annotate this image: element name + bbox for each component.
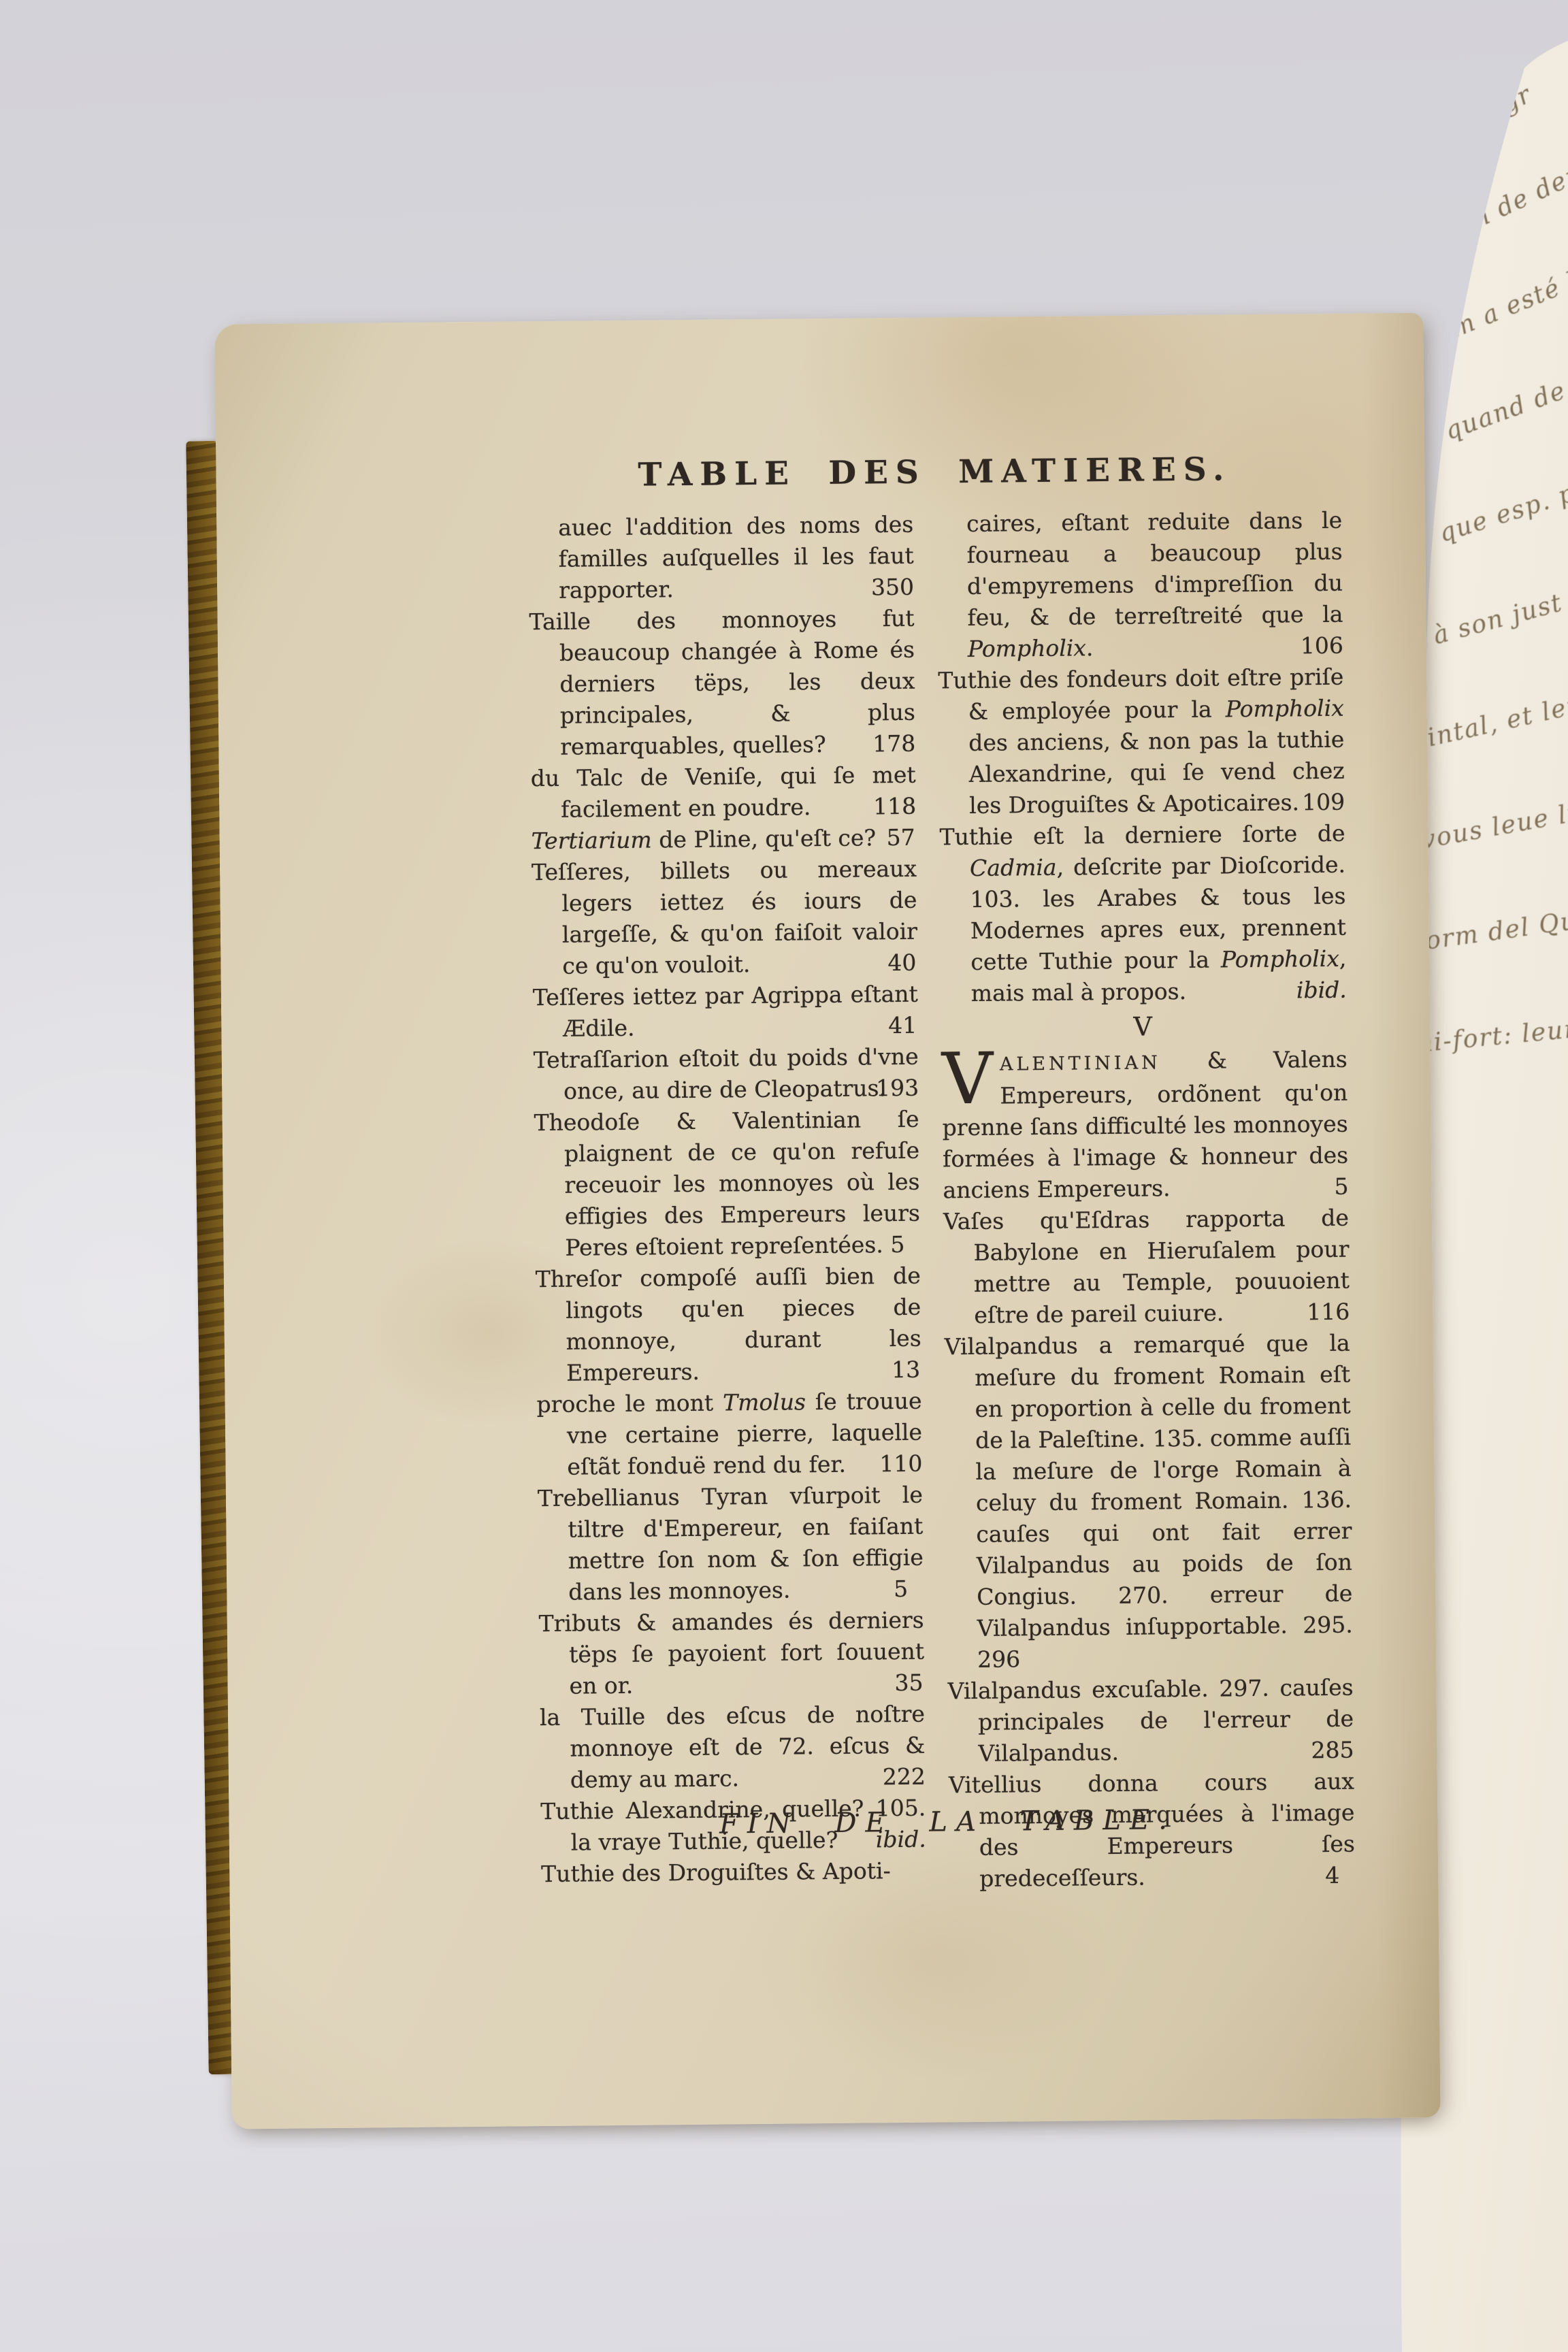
toc-entry: Tuthie des Droguiſtes & Apoti- [541, 1855, 926, 1890]
toc-entry: Vilalpandus excuſable. 297. cauſes princ… [947, 1672, 1354, 1770]
entry-page-number: 5 [911, 1229, 920, 1260]
toc-entry: la Tuille des eſcus de noſtre monnoye eſ… [540, 1699, 926, 1796]
toc-columns: auec l'addition des noms des familles au… [528, 505, 1355, 1899]
toc-entry: Trebellianus Tyran vſurpoit le tiltre d'… [538, 1480, 924, 1608]
toc-entry: Tetraſſarion eſtoit du poids d'vne once,… [533, 1041, 919, 1107]
toc-entry: auec l'addition des noms des familles au… [528, 509, 914, 606]
entry-page-number: 40 [908, 947, 917, 979]
handwriting-line: intal, et leue ap [1425, 678, 1568, 753]
handwriting-line: un de depart esp [1452, 119, 1568, 241]
section-letter: V [941, 1006, 1347, 1048]
book-page: TABLE DES MATIERES. auec l'addition des … [214, 313, 1440, 2129]
entry-page-number: 13 [912, 1354, 921, 1386]
entry-page-number: 116 [1327, 1296, 1350, 1328]
handwriting-line: mi-fort: leur [1408, 1015, 1568, 1059]
entry-page-number: 350 [862, 572, 914, 604]
toc-entry: proche le mont Tmolus ſe trouue vne cert… [536, 1386, 922, 1483]
toc-entry: Tuthie eſt la derniere ſorte de Cadmia, … [939, 818, 1347, 1010]
toc-column-left: auec l'addition des noms des familles au… [528, 509, 927, 1899]
entry-page-number: 5 [1324, 1171, 1348, 1203]
entry-page-number: 193 [896, 1073, 919, 1104]
toc-entry: Tuthie des fondeurs doit eſtre priſe & e… [938, 661, 1345, 822]
entry-page-number: 57 [906, 822, 916, 853]
toc-entry: Tertiarium de Pline, qu'eſt ce?57 [531, 822, 916, 857]
toc-entry: Teſſeres iettez par Agrippa eſtant Ædile… [533, 979, 919, 1045]
printed-text-block: TABLE DES MATIERES. auec l'addition des … [527, 450, 1355, 1899]
entry-page-number: 222 [903, 1761, 926, 1793]
entry-page-number: 5 [914, 1573, 924, 1605]
handwriting-line: à son just du cur [1431, 563, 1568, 650]
toc-entry: Vilalpandus a remarqué que la meſure du … [945, 1328, 1354, 1676]
toc-column-right: caires, eſtant reduite dans le fourneau … [936, 505, 1356, 1895]
handwriting-line: quand de cendres [1441, 337, 1568, 446]
entry-page-number: 4 [1345, 1860, 1355, 1891]
entry-page-number: 106 [1291, 630, 1343, 662]
handwriting-line: m a esté l'ami [1447, 245, 1568, 344]
entry-page-number: 35 [915, 1667, 924, 1699]
handwriting-line: que esp. p. 90. au [1436, 448, 1568, 548]
photo-backdrop: un grun de depart espm a esté l'amiquand… [0, 0, 1568, 2352]
toc-entry: Threſor compoſé auſſi bien de lingots qu… [536, 1260, 922, 1389]
toc-entry: Tributs & amandes és derniers tëps ſe pa… [538, 1605, 924, 1702]
toc-entry: Teſſeres, billets ou mereaux legers iett… [532, 853, 918, 982]
drop-cap: V [942, 1047, 1000, 1107]
entry-page-number: 41 [909, 1010, 918, 1041]
toc-entry: Theodoſe & Valentinian ſe plaignent de c… [534, 1104, 920, 1264]
toc-entry: Vaſes qu'Eſdras rapporta de Babylone en … [943, 1203, 1350, 1332]
entry-page-number: 109 [1322, 787, 1345, 818]
entry-page-number: 178 [893, 728, 915, 759]
handwriting-line: vous leue lieu [1419, 794, 1568, 855]
handwriting-line: form del Quin [1414, 903, 1568, 956]
entry-page-number: 118 [894, 791, 916, 822]
toc-entry: du Talc de Veniſe, qui ſe met facilement… [531, 759, 917, 826]
toc-entry: VALENTINIAN & Valens Empereurs, ordõnent… [942, 1044, 1349, 1207]
toc-entry: caires, eſtant reduite dans le fourneau … [936, 505, 1343, 666]
handwriting-line: un gr [1458, 80, 1537, 139]
entry-page-number: 285 [1331, 1735, 1354, 1766]
toc-entry: Taille des monnoyes fut beaucoup changée… [529, 603, 915, 763]
lead-caps: ALENTINIAN [1000, 1052, 1161, 1075]
entry-page-number: 110 [900, 1448, 922, 1480]
entry-page-number: ibid. [1317, 975, 1347, 1006]
page-title: TABLE DES MATIERES. [527, 450, 1341, 495]
